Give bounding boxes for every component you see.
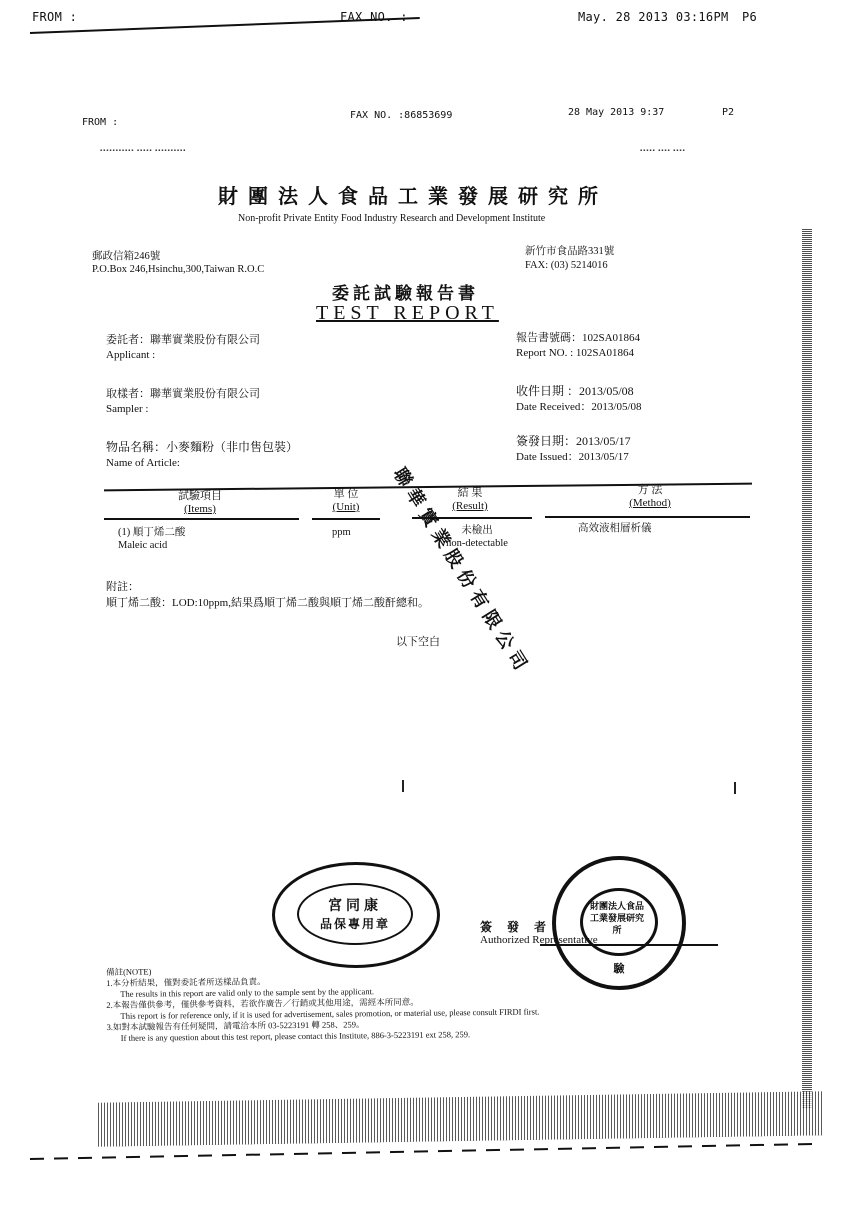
col-header-items-cn: 試驗項目	[130, 490, 270, 503]
col-header-unit-cn: 單 位	[316, 488, 376, 501]
fax-timestamp: May. 28 2013 03:16PM	[578, 10, 729, 24]
fax-page: P6	[742, 10, 757, 24]
institute-name-cn: 財團法人食品工業發展研究所	[218, 180, 608, 209]
col-header-unit-en: (Unit)	[316, 501, 376, 514]
col-header-items-en: (Items)	[130, 503, 270, 516]
table-header-rule-unit	[312, 518, 380, 520]
institute-fax: FAX: (03) 5214016	[525, 259, 608, 272]
date-received-en: Date Received：2013/05/08	[516, 401, 642, 414]
col-header-items: 試驗項目 (Items)	[130, 490, 270, 516]
footer-notes: 備註(NOTE) 1.本分析結果，僅對委託者所送樣品負責。 The result…	[106, 962, 540, 1044]
article-name-en: Name of Article:	[106, 457, 180, 470]
inner-fax-number: FAX NO. :86853699	[350, 110, 452, 121]
table-header-rule-method	[545, 516, 750, 518]
fax-noise-left: ▪▪▪▪▪▪▪▪▪▪▪ ▪▪▪▪▪ ▪▪▪▪▪▪▪▪▪▪	[100, 148, 186, 154]
sampler-en: Sampler :	[106, 403, 148, 416]
applicant-seal: 宮同康 品保專用章	[272, 862, 440, 968]
fax-from-label: FROM :	[32, 10, 77, 24]
institute-name-en: Non-profit Private Entity Food Industry …	[238, 213, 545, 224]
col-header-method-en: (Method)	[580, 497, 720, 510]
col-header-result-cn: 結 果	[420, 487, 520, 500]
sampler-cn: 取樣者：聯華實業股份有限公司	[106, 388, 260, 401]
table-row: (1) 順丁烯二酸 Maleic acid	[118, 526, 185, 552]
date-issued-en: Date Issued：2013/05/17	[516, 451, 629, 464]
table-header-rule-items	[104, 518, 299, 520]
report-title-cn: 委託試驗報告書	[332, 279, 479, 304]
article-name-cn: 物品名稱：小麥麵粉（非巾售包裝）	[106, 441, 298, 454]
end-of-report-mark: 以下空白	[396, 633, 440, 649]
notes-text: 順丁烯二酸：LOD:10ppm,結果爲順丁烯二酸與順丁烯二酸酐總和。	[106, 594, 429, 610]
applicant-seal-sub: 品保專用章	[303, 915, 407, 932]
col-header-method: 方 法 (Method)	[580, 484, 720, 510]
scan-edge-right	[802, 228, 812, 1108]
scan-edge-bottom	[98, 1091, 823, 1146]
header-rule	[30, 17, 420, 34]
address-cn: 新竹市食品路331號	[525, 245, 614, 258]
po-box-cn: 郵政信箱246號	[92, 250, 160, 263]
applicant-cn: 委託者：聯華實業股份有限公司	[106, 334, 260, 347]
po-box-en: P.O.Box 246,Hsinchu,300,Taiwan R.O.C	[92, 263, 264, 276]
institute-seal: 財團法人食品工業發展研究所 驗	[552, 856, 686, 990]
institute-seal-center: 財團法人食品工業發展研究所	[586, 900, 648, 936]
authorized-label-cn: 簽 發 者	[480, 918, 552, 935]
speck	[402, 780, 404, 792]
col-header-method-cn: 方 法	[580, 484, 720, 497]
report-no-en: Report NO. : 102SA01864	[516, 347, 634, 360]
applicant-seal-center: 宮同康	[305, 895, 405, 915]
institute-seal-bottom: 驗	[609, 960, 629, 976]
date-received-cn: 收件日期 ：2013/05/08	[516, 385, 634, 398]
item-method: 高效液相層析儀	[578, 522, 652, 535]
inner-fax-page: P2	[722, 107, 734, 118]
item-name-en: Maleic acid	[118, 539, 185, 552]
report-title-en: TEST REPORT	[316, 302, 499, 325]
inner-fax-from-label: FROM :	[82, 117, 118, 128]
speck	[734, 782, 736, 794]
col-header-unit: 單 位 (Unit)	[316, 488, 376, 514]
notes-label: 附註：	[106, 578, 139, 594]
report-no-cn: 報告書號碼：102SA01864	[516, 332, 640, 345]
date-issued-cn: 簽發日期：2013/05/17	[516, 435, 631, 448]
item-unit: ppm	[332, 526, 351, 539]
item-name-cn: (1) 順丁烯二酸	[118, 526, 185, 539]
inner-fax-timestamp: 28 May 2013 9:37	[568, 107, 664, 118]
fax-noise-right: ▪▪▪▪▪ ▪▪▪▪ ▪▪▪▪	[640, 148, 686, 154]
applicant-en: Applicant :	[106, 349, 155, 362]
